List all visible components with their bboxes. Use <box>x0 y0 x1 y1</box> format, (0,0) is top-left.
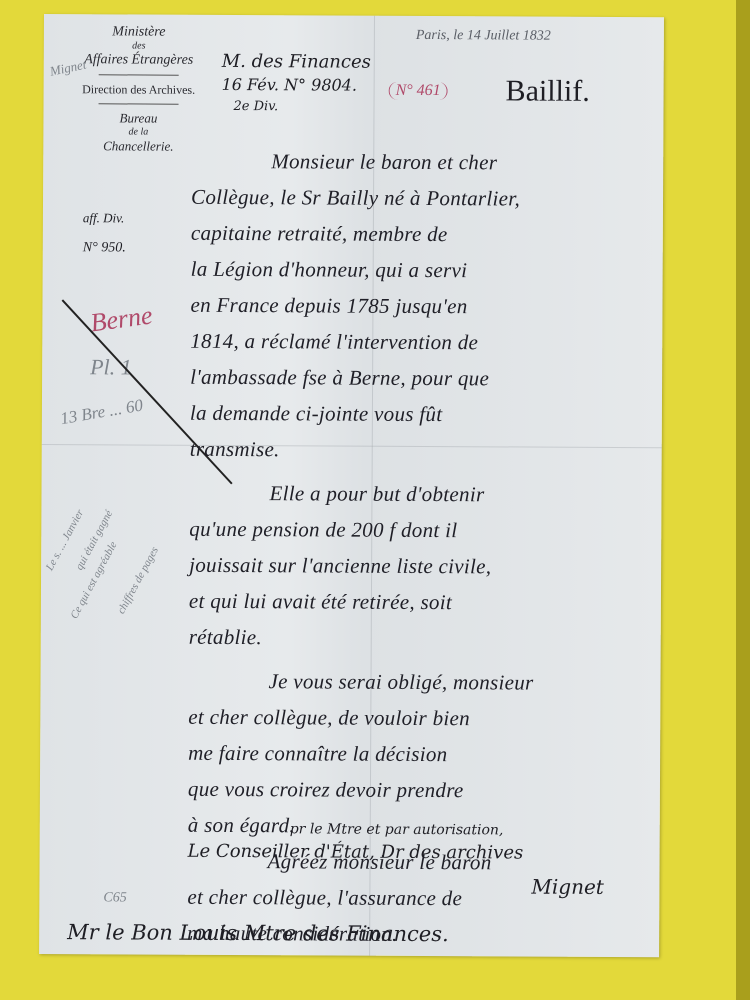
body-line: la Légion d'honneur, qui a servi <box>191 251 651 289</box>
footer-addressee: Mr le Bon Louis Mtre des Finances. <box>67 920 449 946</box>
letterhead-affaires: Affaires Étrangères <box>74 52 204 69</box>
letterhead-bureau: Bureau <box>73 110 203 127</box>
body-line: Monsieur le baron et cher <box>191 143 651 181</box>
letterhead: Ministère des Affaires Étrangères Direct… <box>73 24 204 155</box>
body-line: me faire connaître la décision <box>188 735 648 773</box>
body-line: et cher collègue, de vouloir bien <box>188 699 648 737</box>
body-line: l'ambassade fse à Berne, pour que <box>190 359 650 397</box>
reference-number: 16 Fév. N° 9804. <box>222 75 357 95</box>
letterhead-rule <box>99 74 179 75</box>
letterhead-ministry: Ministère <box>74 24 204 41</box>
body-line: jouissait sur l'ancienne liste civile, <box>189 547 649 585</box>
letter-paper: Ministère des Affaires Étrangères Direct… <box>39 14 664 957</box>
letterhead-rule <box>99 103 179 104</box>
signature: Mignet <box>531 875 604 899</box>
subject-name: Baillif. <box>506 74 590 108</box>
body-line: en France depuis 1785 jusqu'en <box>190 287 650 325</box>
body-line: capitaine retraité, membre de <box>191 215 651 253</box>
letterhead-chancellerie: Chancellerie. <box>73 138 203 155</box>
stamp-number: N° 461 <box>389 82 448 100</box>
margin-berne: Berne <box>89 300 155 338</box>
body-line: Elle a pour but d'obtenir <box>189 475 649 513</box>
body-line: la demande ci-jointe vous fût <box>190 395 650 433</box>
body-line: qu'une pension de 200 f dont il <box>189 511 649 549</box>
letterhead-des: des <box>74 40 204 53</box>
margin-pencil-date: 13 Bre ... 60 <box>59 395 145 429</box>
body-line: que vous croirez devoir prendre <box>188 771 648 809</box>
date-line: Paris, le 14 Juillet 1832 <box>416 28 551 45</box>
margin-aff-div: aff. Div. <box>83 210 124 226</box>
letterhead-direction: Direction des Archives. <box>74 81 204 98</box>
body-line: rétablie. <box>189 619 649 657</box>
body-line: Collègue, le Sr Bailly né à Pontarlier, <box>191 179 651 217</box>
body-line: et qui lui avait été retirée, soit <box>189 583 649 621</box>
backdrop-shadow <box>736 0 750 1000</box>
closing-authorization: pr le Mtre et par autorisation, <box>290 821 504 838</box>
body-line: transmise. <box>190 431 650 469</box>
division: 2e Div. <box>233 99 278 114</box>
margin-bottom-pencil: C65 <box>103 890 126 906</box>
body-line: Je vous serai obligé, monsieur <box>188 663 648 701</box>
letterhead-de-la: de la <box>73 126 203 139</box>
margin-pencil-note-4: chiffres de pages <box>115 545 161 616</box>
margin-number: N° 950. <box>83 240 126 256</box>
body-line: 1814, a réclamé l'intervention de <box>190 323 650 361</box>
recipient-ref: M. des Finances <box>222 51 371 73</box>
closing-title: Le Conseiller d'État, Dr des archives <box>188 841 524 864</box>
